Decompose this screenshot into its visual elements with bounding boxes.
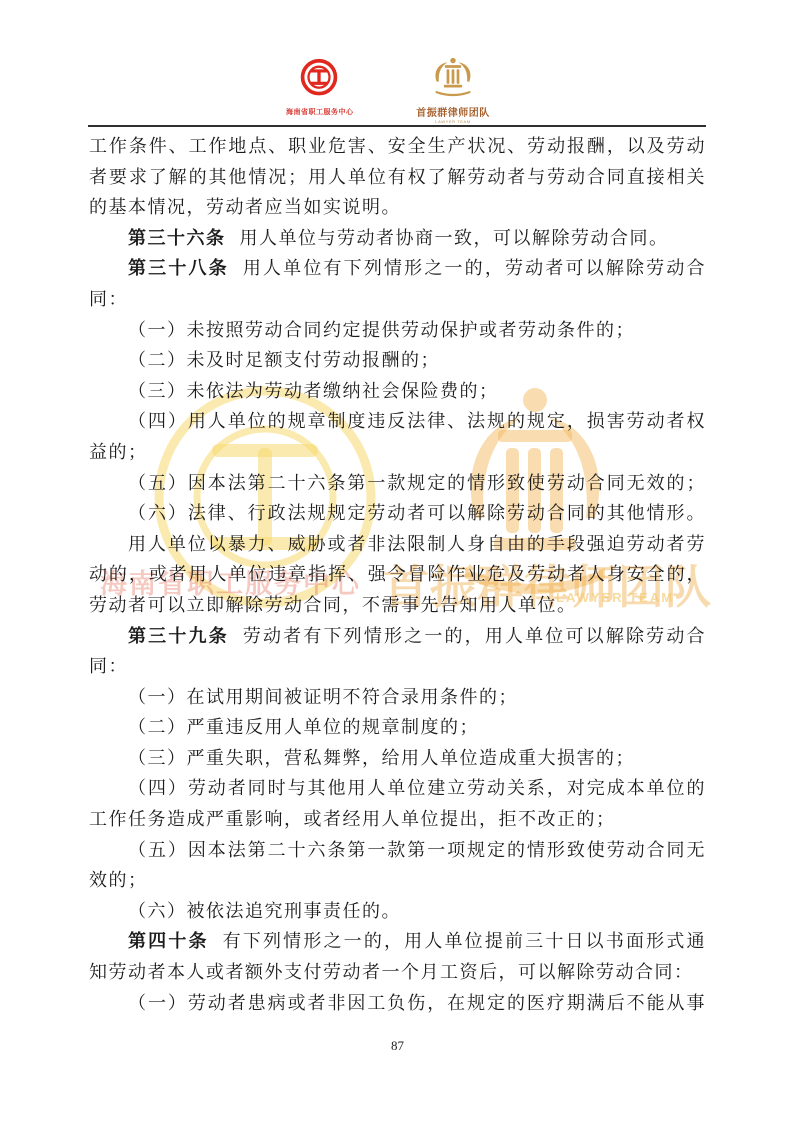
- body-line: 同：: [89, 284, 706, 315]
- body-line-text: （六）被依法追究刑事责任的。: [128, 901, 401, 921]
- lawyer-team-logo-icon: [424, 56, 482, 98]
- body-line: （一）劳动者患病或者非因工负伤，在规定的医疗期满后不能从事: [89, 988, 706, 1019]
- body-line: （二）严重违反用人单位的规章制度的；: [89, 712, 706, 743]
- body-line: （三）严重失职，营私舞弊，给用人单位造成重大损害的；: [89, 743, 706, 774]
- body-line-text: 用人单位有下列情形之一的，劳动者可以解除劳动合: [243, 258, 706, 278]
- body-line: 的基本情况，劳动者应当如实说明。: [89, 192, 706, 223]
- body-line-text: 工作条件、工作地点、职业危害、安全生产状况、劳动报酬，以及劳动: [89, 136, 706, 156]
- union-logo-caption: 海南省职工服务中心: [286, 107, 352, 117]
- body-line-text: （五）因本法第二十六条第一款规定的情形致使劳动合同无效的；: [128, 473, 706, 493]
- body-line-text: 用人单位与劳动者协商一致，可以解除劳动合同。: [240, 228, 669, 248]
- body-line: （六）法律、行政法规规定劳动者可以解除劳动合同的其他情形。: [89, 498, 706, 529]
- body-line-text: （四）劳动者同时与其他用人单位建立劳动关系，对完成本单位的: [128, 778, 706, 798]
- body-line-text: 劳动者可以立即解除劳动合同，不需事先告知用人单位。: [89, 595, 577, 615]
- union-logo: 海南省职工服务中心: [286, 58, 352, 117]
- document-page: 海南省职工服务中心 首振群律师团队 LAWYER TEAM 海南省职工服务中心: [0, 0, 793, 1122]
- body-line: 第三十六条用人单位与劳动者协商一致，可以解除劳动合同。: [89, 223, 706, 254]
- body-line-text: （一）未按照劳动合同约定提供劳动保护或者劳动条件的；: [128, 320, 635, 340]
- article-heading: 第三十八条: [128, 258, 229, 278]
- lawyer-team-logo-caption: 首振群律师团队: [412, 104, 494, 119]
- body-line: （四）用人单位的规章制度违反法律、法规的规定，损害劳动者权: [89, 406, 706, 437]
- body-line-text: （五）因本法第二十六条第一款第一项规定的情形致使劳动合同无: [128, 840, 706, 860]
- body-line: 益的；: [89, 437, 706, 468]
- body-line: 知劳动者本人或者额外支付劳动者一个月工资后，可以解除劳动合同：: [89, 957, 706, 988]
- article-heading: 第三十六条: [128, 228, 226, 248]
- body-line-text: （三）未依法为劳动者缴纳社会保险费的；: [128, 381, 499, 401]
- body-line-text: （二）严重违反用人单位的规章制度的；: [128, 717, 479, 737]
- body-line-text: 者要求了解的其他情况；用人单位有权了解劳动者与劳动合同直接相关: [89, 167, 706, 187]
- body-line-text: 益的；: [89, 442, 148, 462]
- body-line: 用人单位以暴力、威胁或者非法限制人身自由的手段强迫劳动者劳: [89, 529, 706, 560]
- body-line: 第三十八条用人单位有下列情形之一的，劳动者可以解除劳动合: [89, 253, 706, 284]
- body-line-text: （一）劳动者患病或者非因工负伤，在规定的医疗期满后不能从事: [128, 993, 706, 1013]
- body-line: 者要求了解的其他情况；用人单位有权了解劳动者与劳动合同直接相关: [89, 162, 706, 193]
- lawyer-team-logo: 首振群律师团队 LAWYER TEAM: [412, 56, 494, 124]
- page-number: 87: [89, 1038, 706, 1054]
- body-line-text: 同：: [89, 289, 128, 309]
- body-line: （四）劳动者同时与其他用人单位建立劳动关系，对完成本单位的: [89, 773, 706, 804]
- body-line-text: 工作任务造成严重影响，或者经用人单位提出，拒不改正的；: [89, 809, 616, 829]
- body-line: （二）未及时足额支付劳动报酬的；: [89, 345, 706, 376]
- body-line-text: （一）在试用期间被证明不符合录用条件的；: [128, 687, 518, 707]
- body-line: 效的；: [89, 865, 706, 896]
- body-line-text: 效的；: [89, 870, 148, 890]
- body-line: （一）在试用期间被证明不符合录用条件的；: [89, 682, 706, 713]
- body-line: （五）因本法第二十六条第一款第一项规定的情形致使劳动合同无: [89, 835, 706, 866]
- article-heading: 第三十九条: [128, 626, 229, 646]
- article-heading: 第四十条: [128, 931, 209, 951]
- body-line: 第三十九条劳动者有下列情形之一的，用人单位可以解除劳动合: [89, 621, 706, 652]
- lawyer-team-logo-caption-en: LAWYER TEAM: [412, 119, 494, 124]
- body-line: 第四十条有下列情形之一的，用人单位提前三十日以书面形式通: [89, 926, 706, 957]
- body-line: 同：: [89, 651, 706, 682]
- body-line-text: 知劳动者本人或者额外支付劳动者一个月工资后，可以解除劳动合同：: [89, 962, 694, 982]
- body-text: 工作条件、工作地点、职业危害、安全生产状况、劳动报酬，以及劳动者要求了解的其他情…: [89, 131, 706, 1018]
- body-line-text: 劳动者有下列情形之一的，用人单位可以解除劳动合: [243, 626, 706, 646]
- body-line: 工作任务造成严重影响，或者经用人单位提出，拒不改正的；: [89, 804, 706, 835]
- body-line-text: 同：: [89, 656, 128, 676]
- body-line: 劳动者可以立即解除劳动合同，不需事先告知用人单位。: [89, 590, 706, 621]
- body-line-text: 有下列情形之一的，用人单位提前三十日以书面形式通: [223, 931, 706, 951]
- body-line-text: （三）严重失职，营私舞弊，给用人单位造成重大损害的；: [128, 748, 635, 768]
- body-line-text: （二）未及时足额支付劳动报酬的；: [128, 350, 440, 370]
- body-line-text: 的基本情况，劳动者应当如实说明。: [89, 197, 401, 217]
- body-line: 动的，或者用人单位违章指挥、强令冒险作业危及劳动者人身安全的，: [89, 559, 706, 590]
- body-line: （五）因本法第二十六条第一款规定的情形致使劳动合同无效的；: [89, 468, 706, 499]
- union-logo-icon: [297, 58, 341, 100]
- header-divider: [88, 125, 706, 127]
- body-line-text: 用人单位以暴力、威胁或者非法限制人身自由的手段强迫劳动者劳: [128, 534, 706, 554]
- body-line: （一）未按照劳动合同约定提供劳动保护或者劳动条件的；: [89, 315, 706, 346]
- body-line: （三）未依法为劳动者缴纳社会保险费的；: [89, 376, 706, 407]
- body-line-text: （四）用人单位的规章制度违反法律、法规的规定，损害劳动者权: [128, 411, 706, 431]
- body-line: （六）被依法追究刑事责任的。: [89, 896, 706, 927]
- body-line-text: 动的，或者用人单位违章指挥、强令冒险作业危及劳动者人身安全的，: [89, 564, 706, 584]
- body-line: 工作条件、工作地点、职业危害、安全生产状况、劳动报酬，以及劳动: [89, 131, 706, 162]
- body-line-text: （六）法律、行政法规规定劳动者可以解除劳动合同的其他情形。: [128, 503, 706, 523]
